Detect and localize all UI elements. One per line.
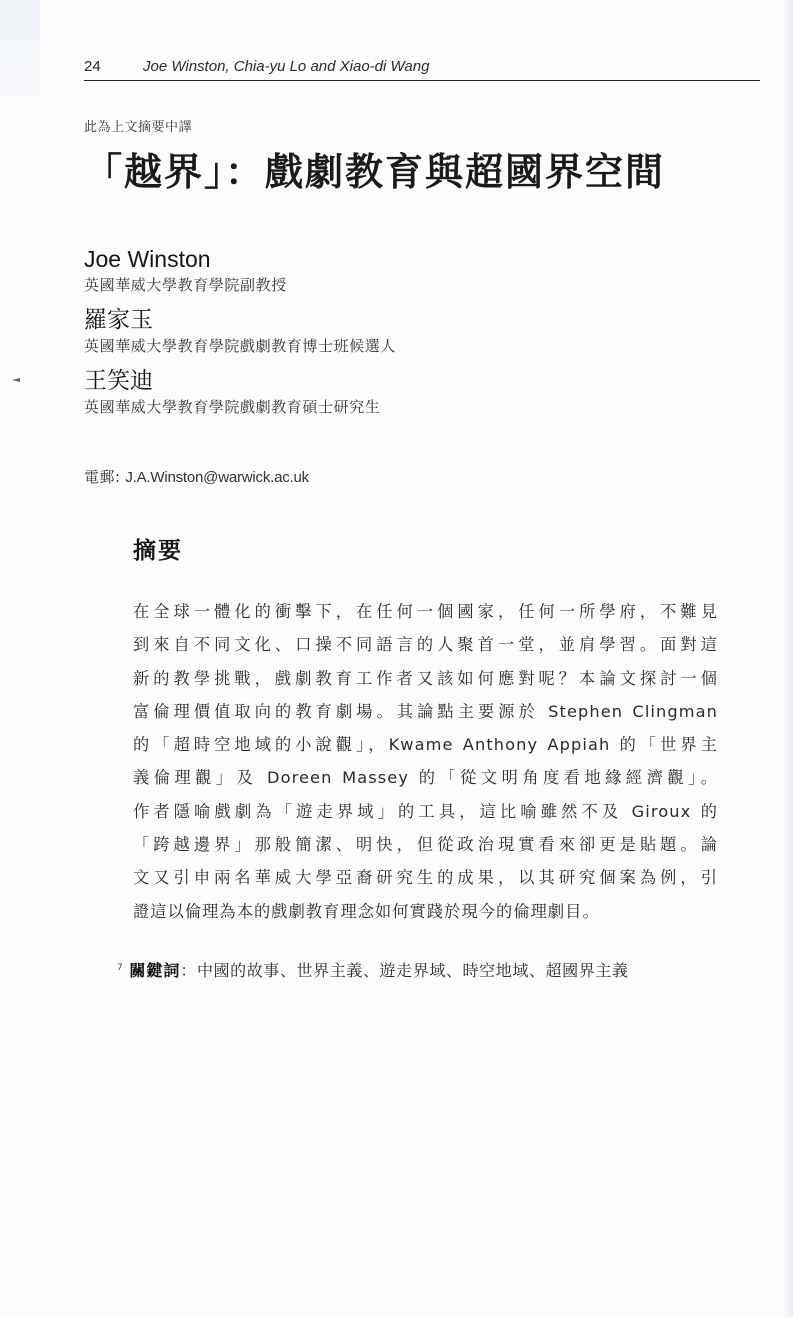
email-address[interactable]: J.A.Winston@warwick.ac.uk (125, 469, 309, 486)
keywords-text: 中國的故事、世界主義、遊走界域、時空地域、超國界主義 (197, 961, 629, 980)
abstract-line: 新的教學挑戰，戲劇教育工作者又該如何應對呢？本論文探討一個 (133, 662, 718, 695)
keywords-separator: ： (180, 961, 197, 980)
author-2: 羅家玉 英國華威大學教育學院戲劇教育博士班候選人 (84, 305, 396, 357)
author-affiliation: 英國華威大學教育學院副教授 (84, 274, 287, 296)
keywords-label: 關鍵詞 (129, 961, 180, 980)
author-name: 羅家玉 (84, 305, 396, 335)
author-affiliation: 英國華威大學教育學院戲劇教育博士班候選人 (84, 335, 396, 357)
abstract-body: 在全球一體化的衝擊下，在任何一個國家，任何一所學府，不難見 到來自不同文化、口操… (133, 595, 718, 928)
author-1: Joe Winston 英國華威大學教育學院副教授 (84, 244, 287, 296)
keywords-line: 7關鍵詞：中國的故事、世界主義、遊走界域、時空地域、超國界主義 (117, 958, 717, 981)
running-head-authors: Joe Winston, Chia-yu Lo and Xiao-di Wang (143, 58, 429, 75)
abstract-line: 證這以倫理為本的戲劇教育理念如何實踐於現今的倫理劇目。 (133, 895, 718, 928)
translation-note: 此為上文摘要中譯 (84, 116, 192, 135)
abstract-heading: 摘要 (133, 532, 183, 565)
author-name: Joe Winston (84, 244, 287, 274)
article-title: 「越界」：戲劇教育與超國界空間 (84, 141, 665, 196)
abstract-line: 富倫理價值取向的教育劇場。其論點主要源於 Stephen Clingman (133, 695, 718, 728)
abstract-line: 的「超時空地域的小說觀」，Kwame Anthony Appiah 的「世界主 (133, 728, 718, 761)
scan-edge-shadow-right (785, 0, 793, 1317)
abstract-line: 「跨越邊界」那般簡潔、明快，但從政治現實看來卻更是貼題。論 (133, 828, 718, 861)
author-3: 王笑迪 英國華威大學教育學院戲劇教育碩士研究生 (84, 366, 380, 418)
page-number: 24 (84, 58, 101, 75)
abstract-line: 到來自不同文化、口操不同語言的人聚首一堂，並肩學習。面對這 (133, 628, 718, 661)
email-label: 電郵: (84, 468, 121, 486)
footnote-mark: 7 (117, 963, 123, 973)
header-rule (84, 80, 760, 81)
abstract-line: 文又引申兩名華威大學亞裔研究生的成果，以其研究個案為例，引 (133, 861, 718, 894)
abstract-line: 在全球一體化的衝擊下，在任何一個國家，任何一所學府，不難見 (133, 595, 718, 628)
author-name: 王笑迪 (84, 366, 380, 396)
running-head: 24 Joe Winston, Chia-yu Lo and Xiao-di W… (84, 56, 760, 80)
contact-email: 電郵: J.A.Winston@warwick.ac.uk (84, 466, 309, 487)
abstract-line: 義倫理觀」及 Doreen Massey 的「從文明角度看地緣經濟觀」。 (133, 761, 718, 794)
abstract-line: 作者隱喻戲劇為「遊走界域」的工具，這比喻雖然不及 Giroux 的 (133, 795, 718, 828)
scan-edge-shadow-left (0, 0, 40, 110)
author-affiliation: 英國華威大學教育學院戲劇教育碩士研究生 (84, 396, 380, 418)
margin-arrow-mark-icon (12, 378, 22, 382)
